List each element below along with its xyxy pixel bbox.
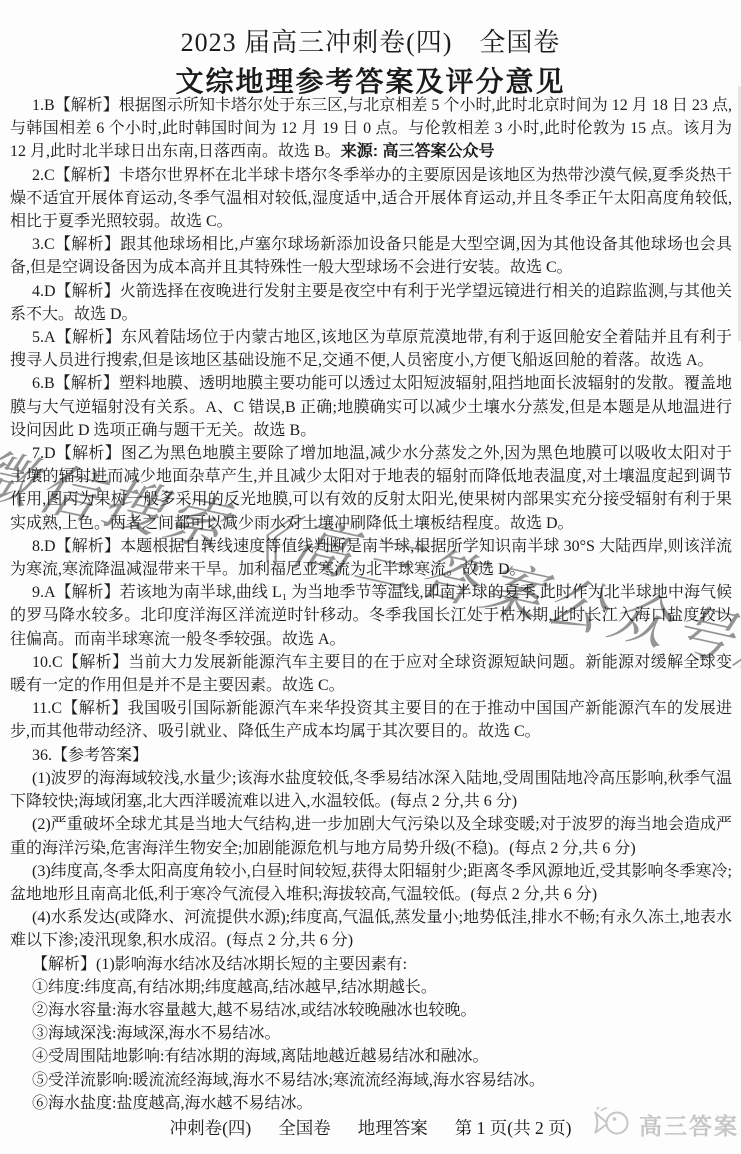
source-label: 来源: 高三答案公众号: [341, 143, 495, 160]
q36-factor-4: ④受周围陆地影响:有结冰期的海域,离陆地越近越易结冰和融冰。: [10, 1045, 732, 1068]
logo-label: 高三答案: [639, 1108, 739, 1141]
footer-page-number: 第 1 页(共 2 页): [455, 1115, 572, 1140]
q36-factor-1: ①纬度:纬度高,有结冰期;纬度越高,结冰越早,结冰期越长。: [10, 976, 732, 999]
q36-point-3: (3)纬度高,冬季太阳高度角较小,白昼时间较短,获得太阳辐射少;距离冬季风源地近…: [10, 860, 732, 906]
footer-paper: 全国卷: [278, 1115, 331, 1140]
fish-icon: [593, 1106, 633, 1142]
q36-point-4: (4)水系发达(或降水、河流提供水源);纬度高,气温低,蒸发量小;地势低洼,排水…: [10, 906, 732, 952]
answer-4: 4.D【解析】火箭选择在夜晚进行发射主要是夜空中有利于光学望远镜进行相关的追踪监…: [10, 280, 732, 326]
q36-factor-3: ③海域深浅:海域深,海水不易结冰。: [10, 1022, 732, 1045]
answer-3: 3.C【解析】跟其他球场相比,卢塞尔球场新添加设备只能是大型空调,因为其他设备其…: [10, 233, 732, 279]
gaosan-daan-logo: 高三答案: [593, 1106, 739, 1142]
answer-5: 5.A【解析】东风着陆场位于内蒙古地区,该地区为草原荒漠地带,有利于返回舱安全着…: [10, 326, 732, 372]
exam-title: 2023 届高三冲刺卷(四) 全国卷: [0, 0, 741, 59]
q36-analysis-intro: 【解析】(1)影响海水结冰及结冰期长短的主要因素有:: [10, 953, 732, 976]
q36-point-1: (1)波罗的海海域较浅,水量少;该海水盐度较低,冬季易结冰深入陆地,受周围陆地冷…: [10, 767, 732, 813]
footer-volume: 冲刺卷(四): [170, 1115, 252, 1140]
answer-2: 2.C【解析】卡塔尔世界杯在北半球卡塔尔冬季举办的主要原因是该地区为热带沙漠气候…: [10, 164, 732, 234]
q36-point-2: (2)严重破坏全球尤其是当地大气结构,进一步加剧大气污染以及全球变暖;对于波罗的…: [10, 813, 732, 859]
answer-10: 10.C【解析】当前大力发展新能源汽车主要目的在于应对全球资源短缺问题。新能源对…: [10, 651, 732, 697]
answer-6: 6.B【解析】塑料地膜、透明地膜主要功能可以透过太阳短波辐射,阻挡地面长波辐射的…: [10, 372, 732, 442]
answer-body: 1.B【解析】根据图示所知卡塔尔处于东三区,与北京相差 5 个小时,此时北京时间…: [10, 94, 732, 1115]
answer-11: 11.C【解析】我国吸引国际新能源汽车来华投资其主要目的在于推动中国国产新能源汽…: [10, 697, 732, 743]
q36-factor-2: ②海水容量:海水容量越大,越不易结冰,或结冰较晚融冰也较晚。: [10, 999, 732, 1022]
answer-9: 9.A【解析】若该地为南半球,曲线 L₁ 为当地季节等温线,即南半球的夏季,此时…: [10, 581, 732, 651]
answer-7: 7.D【解析】图乙为黑色地膜主要除了增加地温,减少水分蒸发之外,因为黑色地膜可以…: [10, 442, 732, 535]
footer-subject: 地理答案: [358, 1115, 428, 1140]
answer-1: 1.B【解析】根据图示所知卡塔尔处于东三区,与北京相差 5 个小时,此时北京时间…: [10, 94, 732, 164]
scanned-answer-sheet-page: 微信搜索《高三答案公众号》 2023 届高三冲刺卷(四) 全国卷 文综地理参考答…: [0, 0, 741, 1154]
q36-factor-5: ⑤受洋流影响:暖流流经海域,海水不易结冰;寒流流经海域,海水容易结冰。: [10, 1069, 732, 1092]
answer-8: 8.D【解析】本题根据自转线速度等值线判断是南半球,根据所学知识南半球 30°S…: [10, 535, 732, 581]
question-36-heading: 36.【参考答案】: [10, 744, 732, 767]
